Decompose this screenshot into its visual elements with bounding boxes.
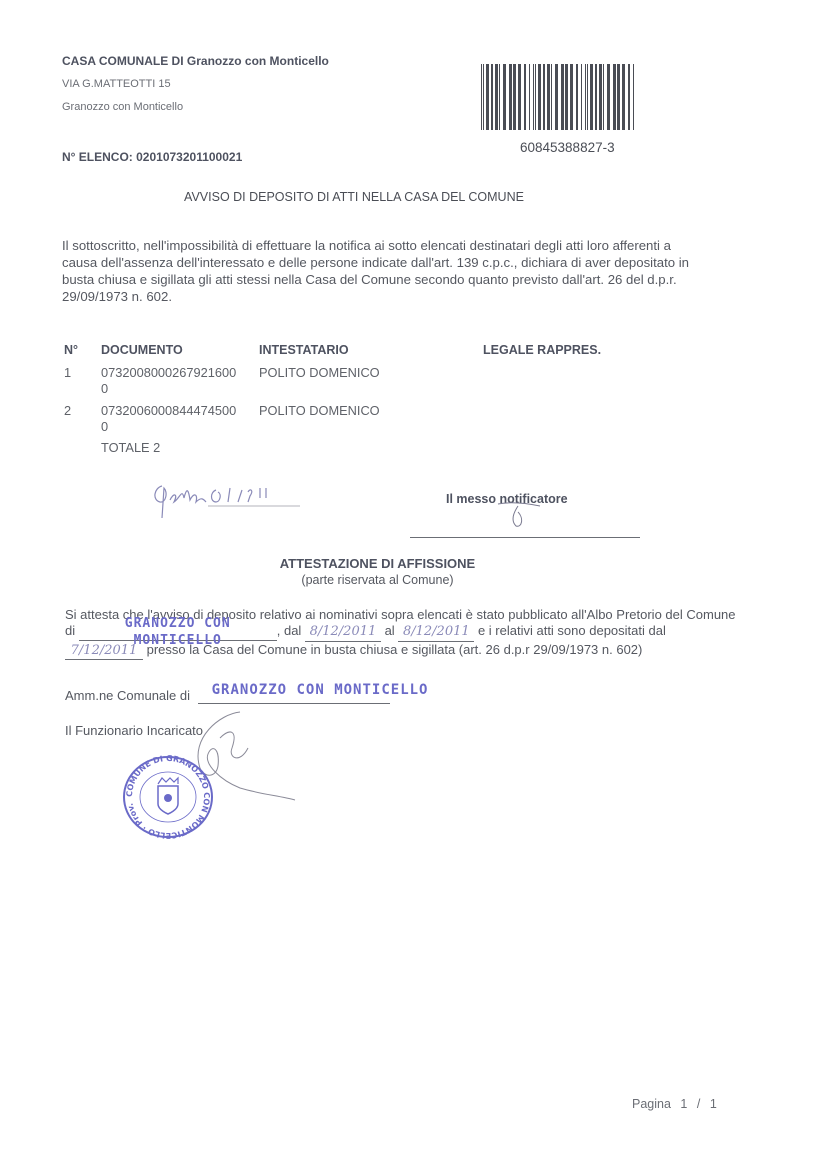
amm-label: Amm.ne Comunale di <box>65 688 190 703</box>
attestazione-subtitle: (parte riservata al Comune) <box>0 573 755 587</box>
row-number: 2 <box>64 403 71 419</box>
column-header-n: N° <box>64 343 78 357</box>
row-number: 1 <box>64 365 71 381</box>
dal-date-field: 8/12/2011 <box>305 624 381 641</box>
row-documento: 0732008000267921600 <box>101 365 236 381</box>
page-total: 1 <box>710 1097 717 1111</box>
deposit-date-field: 7/12/2011 <box>65 643 143 660</box>
intro-paragraph: Il sottoscritto, nell'impossibilità di e… <box>62 237 702 305</box>
barcode-number: 60845388827-3 <box>520 140 615 155</box>
municipality-title: CASA COMUNALE DI Granozzo con Monticello <box>62 54 329 68</box>
elenco-number: N° ELENCO: 0201073201100021 <box>62 150 242 164</box>
handwritten-place-date <box>150 478 300 523</box>
municipal-seal-icon: COMUNE DI GRANOZZO CON MONTICELLO · Prov… <box>118 752 218 842</box>
attestazione-paragraph: Si attesta che l'avviso di deposito rela… <box>65 607 745 660</box>
page-label: Pagina <box>632 1097 671 1111</box>
row-intestatario: POLITO DOMENICO <box>259 365 380 381</box>
row-documento-cont: 0 <box>101 419 108 435</box>
column-header-documento: DOCUMENTO <box>101 343 183 357</box>
row-intestatario: POLITO DOMENICO <box>259 403 380 419</box>
amm-field: GRANOZZO CON MONTICELLO <box>198 688 390 704</box>
municipality-city: Granozzo con Monticello <box>62 101 183 113</box>
row-documento: 0732006000844474500 <box>101 403 236 419</box>
column-header-intestatario: INTESTATARIO <box>259 343 349 357</box>
table-total: TOTALE 2 <box>101 440 160 456</box>
column-header-legale: LEGALE RAPPRES. <box>483 343 601 357</box>
attestazione-text-dal: , dal <box>277 623 302 638</box>
document-title: AVVISO DI DEPOSITO DI ATTI NELLA CASA DE… <box>0 190 708 204</box>
messo-signature-line <box>410 537 640 538</box>
row-documento-cont: 0 <box>101 381 108 397</box>
messo-signature <box>490 498 550 530</box>
al-date-field: 8/12/2011 <box>398 624 474 641</box>
page-separator: / <box>697 1097 700 1111</box>
amm-stamp: GRANOZZO CON MONTICELLO <box>212 682 429 698</box>
comune-field: GRANOZZO CON MONTICELLO <box>79 623 277 640</box>
barcode-icon <box>481 64 634 130</box>
attestazione-text-2: e i relativi atti sono depositati dal <box>478 623 666 638</box>
page-indicator: Pagina 1 / 1 <box>632 1097 717 1111</box>
page-current: 1 <box>680 1097 687 1111</box>
municipality-address: VIA G.MATTEOTTI 15 <box>62 78 171 90</box>
amm-comunale-row: Amm.ne Comunale di GRANOZZO CON MONTICEL… <box>65 688 390 704</box>
attestazione-text-al: al <box>385 623 395 638</box>
attestazione-title: ATTESTAZIONE DI AFFISSIONE <box>0 556 755 571</box>
